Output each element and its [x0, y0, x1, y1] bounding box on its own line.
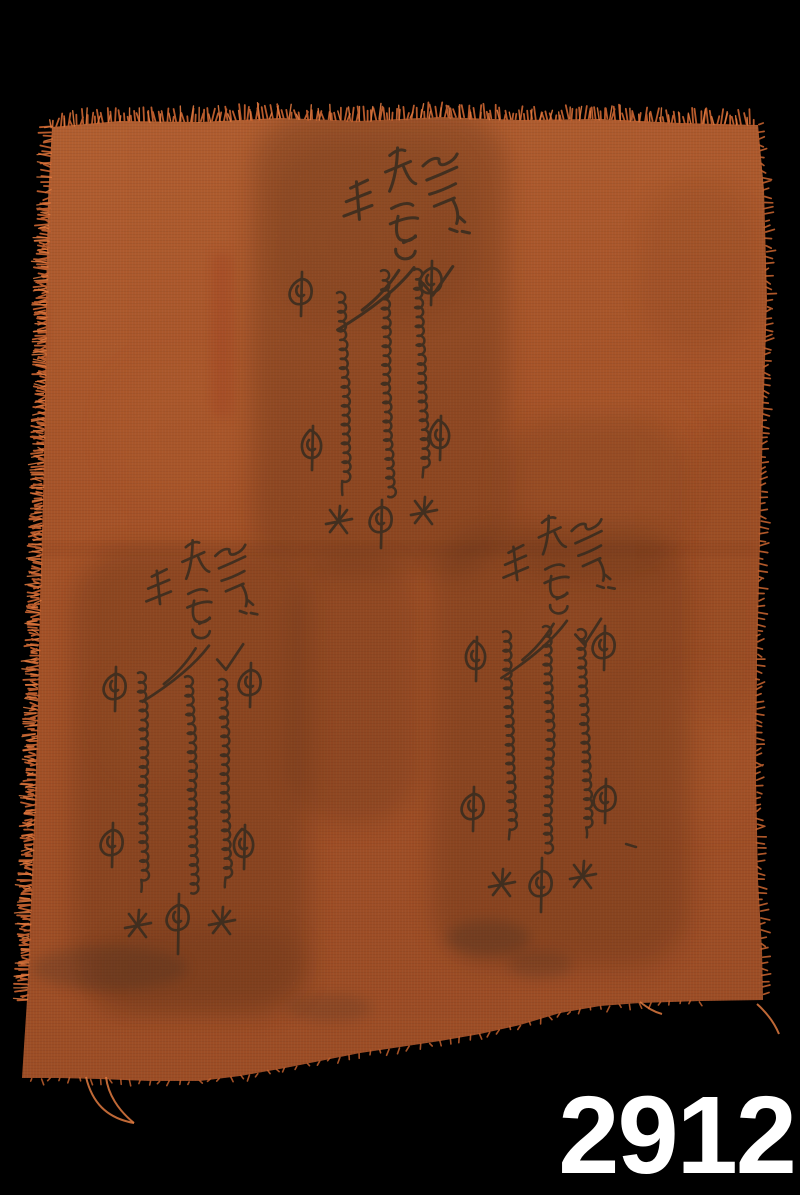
- photo-background: 2912: [0, 0, 800, 1195]
- catalog-number: 2912: [558, 1081, 795, 1191]
- cloth-surface: [15, 105, 785, 1095]
- cloth-photo: [0, 0, 800, 1195]
